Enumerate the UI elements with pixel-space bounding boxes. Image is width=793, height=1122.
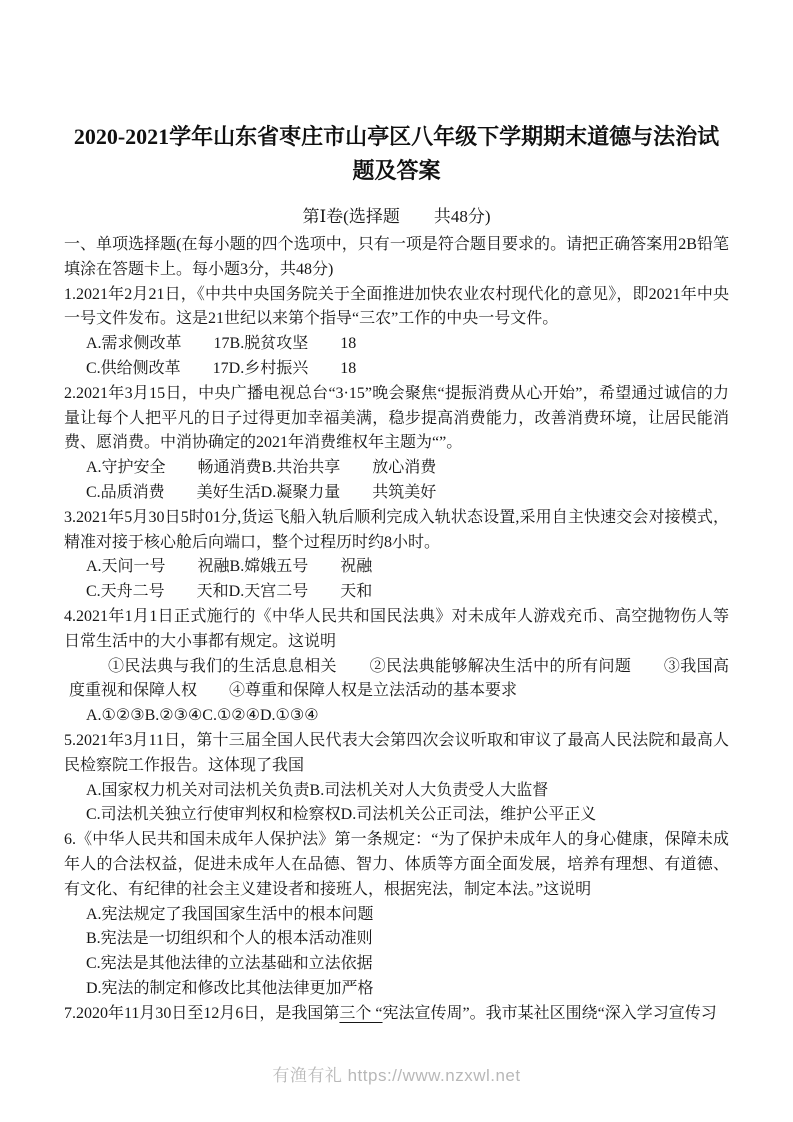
page-title: 2020-2021学年山东省枣庄市山亭区八年级下学期期末道德与法治试题及答案 <box>64 120 729 188</box>
option-line: A.宪法规定了我国国家生活中的根本问题 <box>86 903 729 928</box>
question-7: 7.2020年11月30日至12月6日，是我国第三个 “宪法宣传周”。我市某社区… <box>64 1002 729 1027</box>
question-stem-pre: 7.2020年11月30日至12月6日，是我国第 <box>64 1005 339 1022</box>
question-4: 4.2021年1月1日正式施行的《中华人民共和国民法典》对未成年人游戏充币、高空… <box>64 605 729 729</box>
question-3: 3.2021年5月30日5时01分,货运飞船入轨后顺利完成入轨状态设置,采用自主… <box>64 506 729 605</box>
option-line: C.天舟二号 天和D.天宫二号 天和 <box>86 580 729 605</box>
intro-paragraph: 一、单项选择题(在每小题的四个选项中，只有一项是符合题目要求的。请把正确答案用2… <box>64 233 729 283</box>
option-line: B.宪法是一切组织和个人的根本活动准则 <box>86 927 729 952</box>
question-sub-statements: ①民法典与我们的生活息息相关 ②民法典能够解决生活中的所有问题 ③我国高度重视和… <box>69 655 729 705</box>
option-line: A.国家权力机关对司法机关负责B.司法机关对人大负责受人大监督 <box>86 779 729 804</box>
question-stem: 1.2021年2月21日，《中共中央国务院关于全面推进加快农业农村现代化的意见》… <box>64 283 729 333</box>
exam-document-page: 2020-2021学年山东省枣庄市山亭区八年级下学期期末道德与法治试题及答案 第… <box>0 0 793 1122</box>
question-5: 5.2021年3月11日，第十三届全国人民代表大会第四次会议听取和审议了最高人民… <box>64 729 729 828</box>
page-content: 2020-2021学年山东省枣庄市山亭区八年级下学期期末道德与法治试题及答案 第… <box>0 0 793 1027</box>
option-line: C.供给侧改革 17D.乡村振兴 18 <box>86 357 729 382</box>
option-line: A.①②③B.②③④C.①②④D.①③④ <box>86 704 729 729</box>
option-line: C.司法机关独立行使审判权和检察权D.司法机关公正司法，维护公平正义 <box>86 803 729 828</box>
option-line: A.守护安全 畅通消费B.共治共享 放心消费 <box>86 456 729 481</box>
option-line: C.宪法是其他法律的立法基础和立法依据 <box>86 952 729 977</box>
question-1: 1.2021年2月21日，《中共中央国务院关于全面推进加快农业农村现代化的意见》… <box>64 283 729 382</box>
question-stem: 3.2021年5月30日5时01分,货运飞船入轨后顺利完成入轨状态设置,采用自主… <box>64 506 729 556</box>
option-line: A.需求侧改革 17B.脱贫攻坚 18 <box>86 332 729 357</box>
section-header: 第Ⅰ卷(选择题 共48分) <box>64 204 729 230</box>
option-line: A.天问一号 祝融B.嫦娥五号 祝融 <box>86 555 729 580</box>
question-stem: 4.2021年1月1日正式施行的《中华人民共和国民法典》对未成年人游戏充币、高空… <box>64 605 729 655</box>
option-line: C.品质消费 美好生活D.凝聚力量 共筑美好 <box>86 481 729 506</box>
question-6: 6.《中华人民共和国未成年人保护法》第一条规定：“为了保护未成年人的身心健康，保… <box>64 828 729 1002</box>
question-2: 2.2021年3月15日，中央广播电视总台“3·15”晚会聚焦“提振消费从心开始… <box>64 382 729 506</box>
question-stem: 7.2020年11月30日至12月6日，是我国第三个 “宪法宣传周”。我市某社区… <box>64 1002 729 1027</box>
question-stem: 6.《中华人民共和国未成年人保护法》第一条规定：“为了保护未成年人的身心健康，保… <box>64 828 729 902</box>
question-stem-underlined: 三个 “ <box>339 1005 382 1022</box>
question-stem-post: 宪法宣传周”。我市某社区围绕“深入学习宣传习 <box>383 1005 717 1022</box>
option-line: D.宪法的制定和修改比其他法律更加严格 <box>86 977 729 1002</box>
footer-watermark: 有渔有礼 https://www.nzxwl.net <box>0 1061 793 1086</box>
question-stem: 2.2021年3月15日，中央广播电视总台“3·15”晚会聚焦“提振消费从心开始… <box>64 382 729 456</box>
question-stem: 5.2021年3月11日，第十三届全国人民代表大会第四次会议听取和审议了最高人民… <box>64 729 729 779</box>
